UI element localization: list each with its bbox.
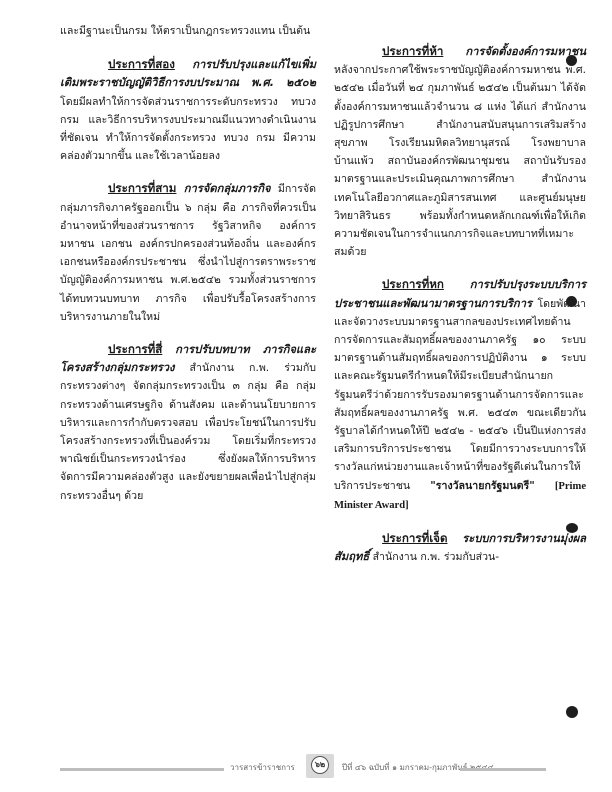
section-subtitle: การจัดกลุ่มภารกิจ <box>184 182 271 195</box>
binding-hole-mark <box>566 523 578 533</box>
section-heading: ประการที่สี่ <box>108 342 162 356</box>
binding-hole-mark <box>566 706 578 718</box>
section-two: ประการที่สอง การปรับปรุงและแก้ไขเพิ่มเติ… <box>60 55 316 165</box>
section-four: ประการที่สี่ การปรับบทบาท ภารกิจและโครงส… <box>60 340 316 505</box>
footer-rule-left <box>60 768 224 771</box>
section-body: สำนักงาน ก.พ. ร่วมกับกระทรวงต่างๆ จัดกลุ… <box>60 362 316 501</box>
section-heading: ประการที่สาม <box>108 181 176 195</box>
binding-hole-mark <box>566 55 577 66</box>
section-heading: ประการที่สอง <box>108 57 175 71</box>
section-body: โดยพัฒนาและจัดวางระบบมาตรฐานสากลของประเท… <box>334 298 586 492</box>
section-seven: ประการที่เจ็ด ระบบการบริหารงานมุ่งผลสัมฤ… <box>334 529 586 566</box>
section-body: มีการจัดกลุ่มภารกิจภาครัฐออกเป็น ๖ กลุ่ม… <box>60 183 316 322</box>
page-number-badge: ๖๒ <box>306 754 334 778</box>
section-six: ประการที่หก การปรับปรุงระบบบริการประชาชน… <box>334 275 586 515</box>
section-subtitle: การปรับปรุงและแก้ไขเพิ่มเติมพระราชบัญญัต… <box>60 58 316 89</box>
section-five: ประการที่ห้า การจัดตั้งองค์การมหาชน หลัง… <box>334 42 586 261</box>
award-name-thai: "รางวัลนายกรัฐมนตรี" <box>430 480 534 492</box>
journal-name: วารสารข้าราชการ <box>230 761 295 774</box>
right-column: ประการที่ห้า การจัดตั้งองค์การมหาชน หลัง… <box>334 22 586 580</box>
section-body: สำนักงาน ก.พ. ร่วมกับส่วน- <box>373 551 500 563</box>
binding-hole-mark <box>566 296 577 307</box>
footer-rule-right <box>460 768 546 771</box>
intro-paragraph: และมีฐานะเป็นกรม ให้ตราเป็นกฎกระทรวงแทน … <box>60 22 316 40</box>
section-body: หลังจากประกาศใช้พระราชบัญญัติองค์การมหาช… <box>334 64 586 258</box>
section-three: ประการที่สาม การจัดกลุ่มภารกิจ มีการจัดก… <box>60 179 316 326</box>
section-heading: ประการที่ห้า <box>382 44 443 58</box>
left-column: และมีฐานะเป็นกรม ให้ตราเป็นกฎกระทรวงแทน … <box>60 22 316 519</box>
section-body: โดยมีผลทำให้การจัดส่วนราชการระดับกระทรวง… <box>60 96 316 163</box>
page-footer: วารสารข้าราชการ ๖๒ ปีที่ ๔๖ ฉบับที่ ๑ มก… <box>60 754 546 778</box>
page-number: ๖๒ <box>306 758 334 771</box>
section-heading: ประการที่หก <box>382 277 444 291</box>
section-heading: ประการที่เจ็ด <box>382 531 448 545</box>
